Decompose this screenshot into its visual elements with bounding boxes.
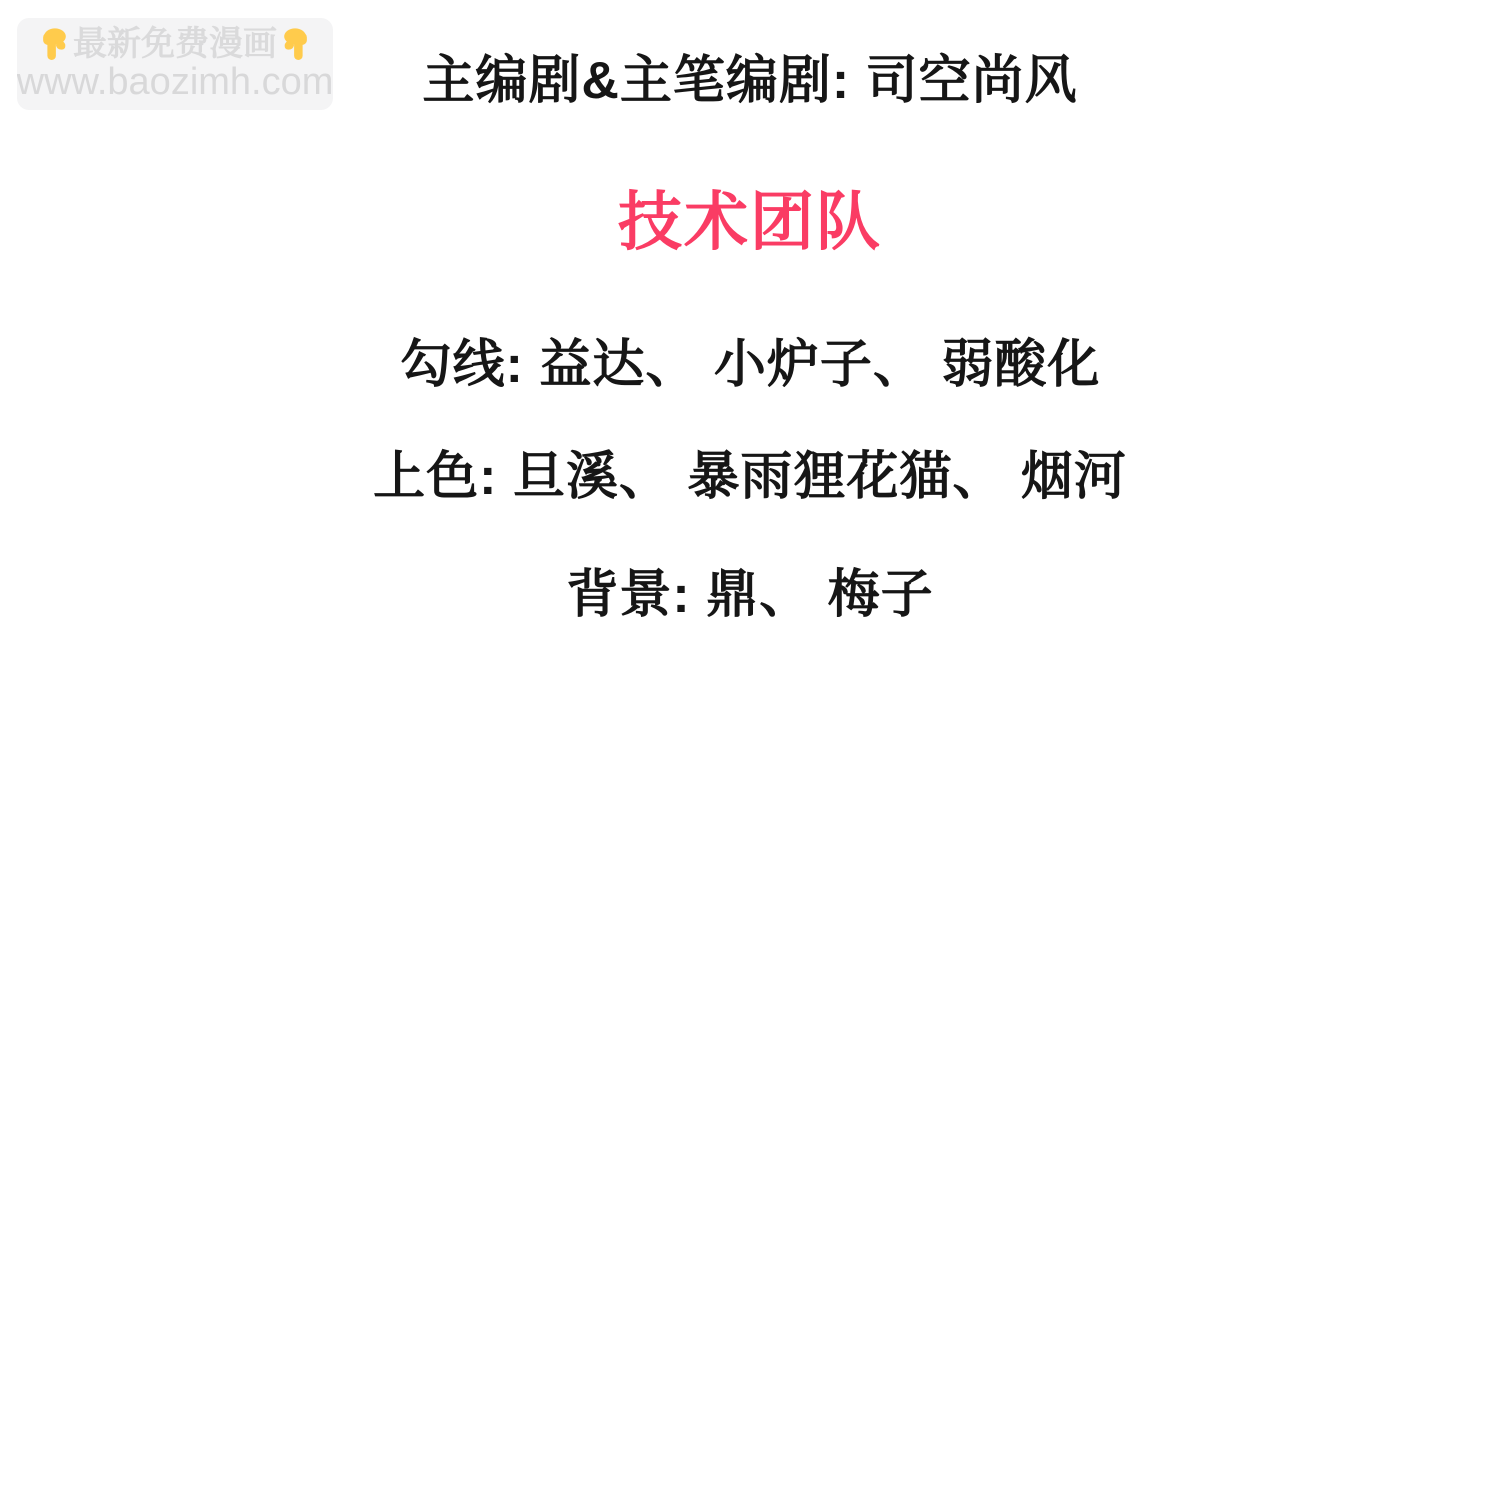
lineart-credit-line: 勾线: 益达、 小炉子、 弱酸化: [0, 336, 1500, 396]
writer-credit-line: 主编剧&主笔编剧: 司空尚风: [0, 52, 1500, 112]
coloring-credit-line: 上色: 旦溪、 暴雨狸花猫、 烟河: [0, 448, 1500, 508]
tech-team-title: 技术团队: [0, 186, 1500, 260]
credits-page: 最新免费漫画 www.baozimh.com 主编剧&主笔编剧: 司空尚风 技术…: [0, 0, 1500, 1500]
background-credit-line: 背景: 鼎、 梅子: [0, 566, 1500, 626]
